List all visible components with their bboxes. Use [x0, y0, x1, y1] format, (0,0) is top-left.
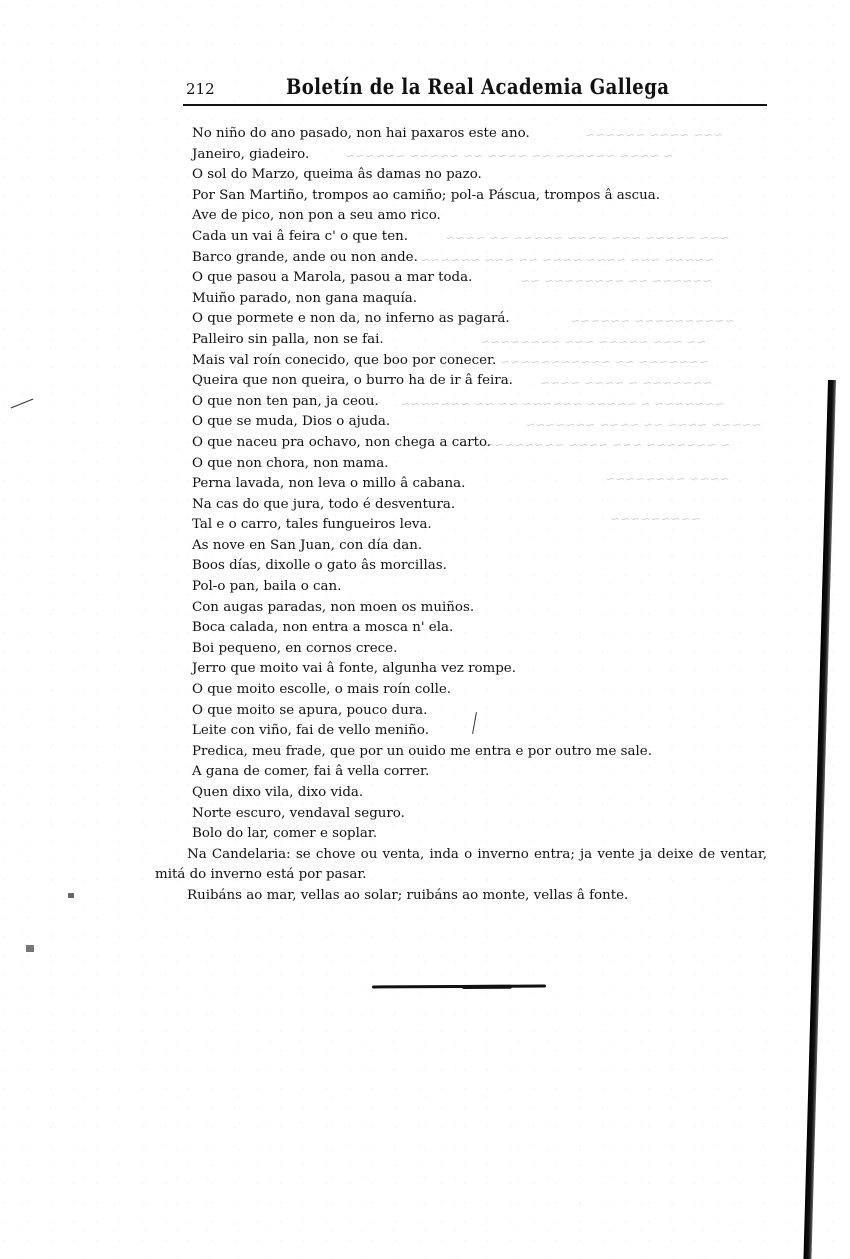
- proverb-line: O que se muda, Dios o ajuda.: [155, 412, 767, 433]
- end-rule: [372, 985, 546, 989]
- proverb-line: O que naceu pra ochavo, non chega a cart…: [155, 433, 767, 454]
- proverb-line: Ruibáns ao mar, vellas ao solar; ruibáns…: [155, 886, 767, 907]
- proverb-line: Predica, meu frade, que por un ouido me …: [155, 742, 767, 763]
- running-title: Boletín de la Real Academia Gallega: [286, 74, 669, 99]
- proverb-line: Ave de pico, non pon a seu amo rico.: [155, 206, 767, 227]
- header-rule: [183, 104, 767, 106]
- scan-mark: [11, 399, 34, 409]
- proverb-line: Barco grande, ande ou non ande.: [155, 248, 767, 269]
- proverb-line: O que moito se apura, pouco dura.: [155, 701, 767, 722]
- proverb-line: Cada un vai â feira c' o que ten.: [155, 227, 767, 248]
- proverb-line: Con augas paradas, non moen os muiños.: [155, 598, 767, 619]
- proverb-line: O que non ten pan, ja ceou.: [155, 392, 767, 413]
- scanned-page: ~~~ ~~~~ ~~~~~~ ~ ~~~~ ~~~~~~ ~~ ~~~~ ~~…: [0, 0, 850, 1259]
- proverb-line: Bolo do lar, comer e soplar.: [155, 824, 767, 845]
- proverb-line: Queira que non queira, o burro ha de ir …: [155, 371, 767, 392]
- scan-mark: [68, 893, 74, 898]
- proverb-line: No niño do ano pasado, non hai paxaros e…: [155, 124, 767, 145]
- proverb-line: Jerro que moito vai â fonte, algunha vez…: [155, 659, 767, 680]
- proverb-line: Boos días, dixolle o gato âs morcillas.: [155, 556, 767, 577]
- proverb-line: O que non chora, non mama.: [155, 454, 767, 475]
- proverb-line: Tal e o carro, tales fungueiros leva.: [155, 515, 767, 536]
- proverb-line: Quen dixo vila, dixo vida.: [155, 783, 767, 804]
- page-header: 212 Boletín de la Real Academia Gallega: [183, 76, 767, 106]
- proverb-line: Por San Martiño, trompos ao camiño; pol-…: [155, 186, 767, 207]
- proverb-line: Leite con viño, fai de vello meniño.: [155, 721, 767, 742]
- proverb-line: Pol-o pan, baila o can.: [155, 577, 767, 598]
- proverb-line: Perna lavada, non leva o millo â cabana.: [155, 474, 767, 495]
- proverb-line: Janeiro, giadeiro.: [155, 145, 767, 166]
- proverb-line: O que pasou a Marola, pasou a mar toda.: [155, 268, 767, 289]
- proverb-line: A gana de comer, fai â vella correr.: [155, 762, 767, 783]
- proverb-line: Na cas do que jura, todo é desventura.: [155, 495, 767, 516]
- proverb-line: O que moito escolle, o mais roín colle.: [155, 680, 767, 701]
- proverb-line: Palleiro sin palla, non se fai.: [155, 330, 767, 351]
- proverb-line: As nove en San Juan, con día dan.: [155, 536, 767, 557]
- proverb-line: Boi pequeno, en cornos crece.: [155, 639, 767, 660]
- proverb-line: Mais val roín conecido, que boo por cone…: [155, 351, 767, 372]
- scan-mark: [26, 945, 34, 952]
- proverb-paragraph: Na Candelaria: se chove ou venta, inda o…: [155, 845, 767, 886]
- proverb-line: O sol do Marzo, queima âs damas no pazo.: [155, 165, 767, 186]
- proverb-line: Boca calada, non entra a mosca n' ela.: [155, 618, 767, 639]
- proverb-line: O que pormete e non da, no inferno as pa…: [155, 309, 767, 330]
- page-edge-shadow: [803, 380, 836, 1259]
- proverb-list: No niño do ano pasado, non hai paxaros e…: [155, 124, 767, 907]
- proverb-line: Muiño parado, non gana maquía.: [155, 289, 767, 310]
- proverb-line: Norte escuro, vendaval seguro.: [155, 804, 767, 825]
- page-number: 212: [186, 80, 215, 98]
